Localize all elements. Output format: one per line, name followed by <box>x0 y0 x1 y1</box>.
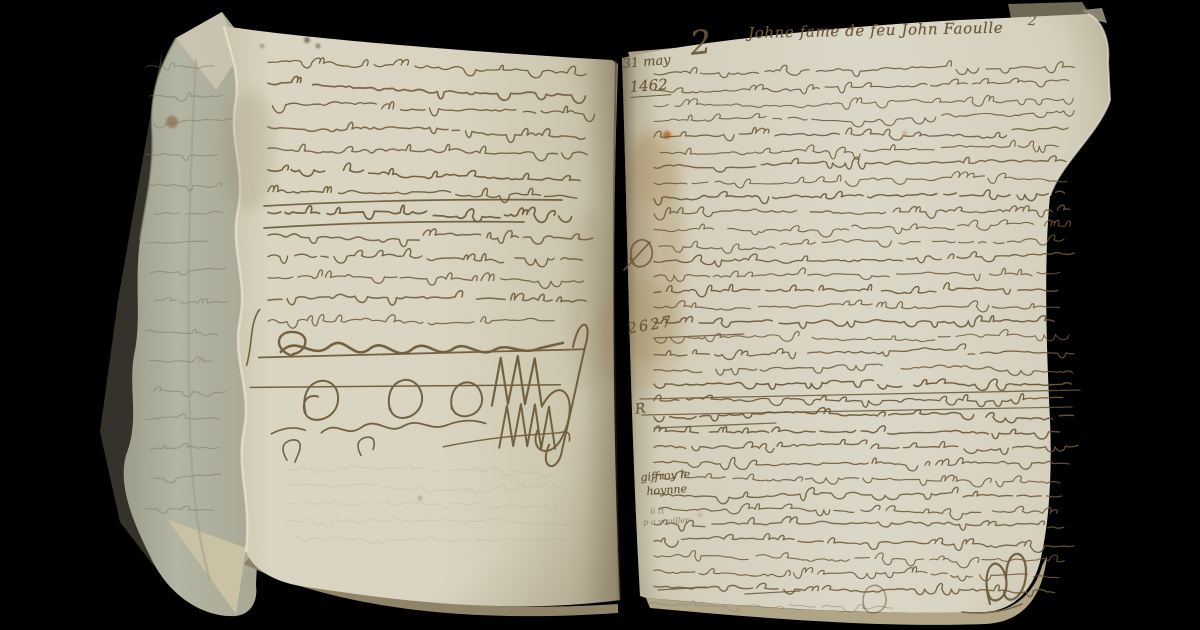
margin-small-sum: ii tt <box>650 506 665 516</box>
manuscript-photo: Johne fame de feu John Faoulle 2 2 31 ma… <box>0 0 1200 630</box>
margin-initial: R <box>634 401 647 418</box>
folio-mark: 2 <box>688 22 713 63</box>
book-image <box>0 0 1200 630</box>
margin-date-year: 1462 <box>629 75 671 98</box>
corner-page-number: 2 <box>1027 13 1036 29</box>
